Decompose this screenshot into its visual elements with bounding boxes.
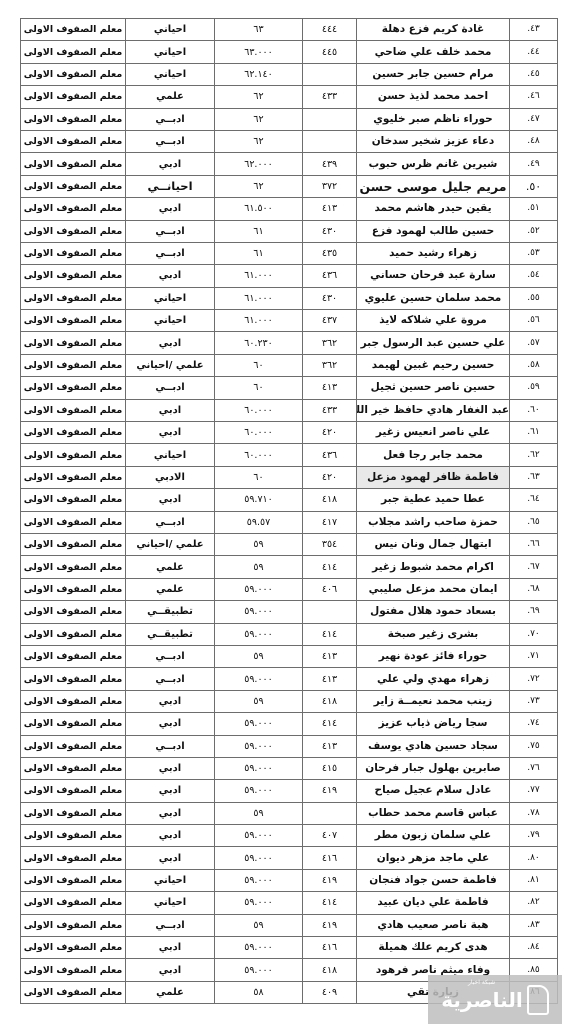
name-cell: حمزة صاحب راشد مجلاب bbox=[357, 511, 510, 533]
table-row: معلم الصفوف الاولىاحياني٦٣٤٤٤غادة كريم ف… bbox=[21, 19, 558, 41]
branch-cell: ادبي bbox=[126, 757, 215, 779]
name-cell: سجا رياض ذياب عزيز bbox=[357, 713, 510, 735]
branch-cell: ادبــي bbox=[126, 220, 215, 242]
name-cell: ابتهال جمال ونان نيس bbox=[357, 533, 510, 555]
table-row: معلم الصفوف الاولىادبي٥٩.٠٠٠٤١٩عادل سلام… bbox=[21, 780, 558, 802]
position-cell: معلم الصفوف الاولى bbox=[21, 959, 126, 981]
name-cell: هبة ناصر صعيب هادي bbox=[357, 914, 510, 936]
index-cell: .٨٤ bbox=[510, 937, 558, 959]
index-cell: .٦٤ bbox=[510, 489, 558, 511]
average-cell: ٥٩.٠٠٠ bbox=[215, 668, 303, 690]
exam-number-cell: ٤١٣ bbox=[303, 645, 357, 667]
table-row: معلم الصفوف الاولىاحياني٥٩.٠٠٠٤١٤فاطمة ع… bbox=[21, 892, 558, 914]
position-cell: معلم الصفوف الاولى bbox=[21, 556, 126, 578]
name-cell: علي حسين عبد الرسول جبر bbox=[357, 332, 510, 354]
position-cell: معلم الصفوف الاولى bbox=[21, 937, 126, 959]
name-cell: عباس قاسم محمد حطاب bbox=[357, 802, 510, 824]
average-cell: ٥٩ bbox=[215, 556, 303, 578]
branch-cell: احياني bbox=[126, 41, 215, 63]
position-cell: معلم الصفوف الاولى bbox=[21, 175, 126, 197]
exam-number-cell: ٤٤٥ bbox=[303, 41, 357, 63]
name-cell: بشرى زغير صبخة bbox=[357, 623, 510, 645]
average-cell: ٦١ bbox=[215, 220, 303, 242]
index-cell: .٦١ bbox=[510, 422, 558, 444]
index-cell: .٧٨ bbox=[510, 802, 558, 824]
position-cell: معلم الصفوف الاولى bbox=[21, 265, 126, 287]
exam-number-cell: ٤١٦ bbox=[303, 937, 357, 959]
watermark: شبكة اخبار الناصرية bbox=[428, 975, 562, 1024]
index-cell: .٧٣ bbox=[510, 690, 558, 712]
position-cell: معلم الصفوف الاولى bbox=[21, 198, 126, 220]
position-cell: معلم الصفوف الاولى bbox=[21, 220, 126, 242]
name-cell: عطا حميد عطية جبر bbox=[357, 489, 510, 511]
branch-cell: ادبــي bbox=[126, 108, 215, 130]
position-cell: معلم الصفوف الاولى bbox=[21, 86, 126, 108]
table-row: معلم الصفوف الاولىادبي٦٠.٢٣٠٣٦٢علي حسين … bbox=[21, 332, 558, 354]
average-cell: ٥٩.٠٠٠ bbox=[215, 892, 303, 914]
position-cell: معلم الصفوف الاولى bbox=[21, 444, 126, 466]
average-cell: ٥٩.٠٠٠ bbox=[215, 735, 303, 757]
index-cell: .٥٦ bbox=[510, 310, 558, 332]
watermark-title: الناصرية bbox=[441, 988, 522, 1012]
average-cell: ٦٢ bbox=[215, 108, 303, 130]
exam-number-cell: ٣٦٢ bbox=[303, 332, 357, 354]
table-row: معلم الصفوف الاولىادبــي٥٩.٠٠٠٤١٣سجاد حس… bbox=[21, 735, 558, 757]
branch-cell: علمي bbox=[126, 578, 215, 600]
name-cell: سجاد حسين هادي يوسف bbox=[357, 735, 510, 757]
index-cell: .٦٧ bbox=[510, 556, 558, 578]
branch-cell: علمي bbox=[126, 86, 215, 108]
table-row: معلم الصفوف الاولىاحياني٦٣.٠٠٠٤٤٥محمد خل… bbox=[21, 41, 558, 63]
table-row: معلم الصفوف الاولىعلمي /احياني٦٠٣٦٢حسين … bbox=[21, 354, 558, 376]
branch-cell: ادبي bbox=[126, 265, 215, 287]
average-cell: ٦١.٥٠٠ bbox=[215, 198, 303, 220]
exam-number-cell: ٤١٥ bbox=[303, 757, 357, 779]
exam-number-cell: ٤١٣ bbox=[303, 735, 357, 757]
exam-number-cell: ٤١٤ bbox=[303, 892, 357, 914]
branch-cell: احياني bbox=[126, 869, 215, 891]
average-cell: ٥٩ bbox=[215, 645, 303, 667]
branch-cell: ادبي bbox=[126, 153, 215, 175]
table-row: معلم الصفوف الاولىادبي٥٩.٠٠٠٤١٤سجا رياض … bbox=[21, 713, 558, 735]
name-cell: فاطمة ظافر لهمود مزعل bbox=[357, 466, 510, 488]
index-cell: .٦٩ bbox=[510, 601, 558, 623]
table-row: معلم الصفوف الاولىعلمي /احياني٥٩٣٥٤ابتها… bbox=[21, 533, 558, 555]
name-cell: علي ماجد مزهر ديوان bbox=[357, 847, 510, 869]
average-cell: ٥٩.٠٠٠ bbox=[215, 578, 303, 600]
exam-number-cell bbox=[303, 130, 357, 152]
average-cell: ٥٩.٠٠٠ bbox=[215, 780, 303, 802]
name-cell: بسعاد حمود هلال مفتول bbox=[357, 601, 510, 623]
name-cell: حسين ناصر حسين ثجيل bbox=[357, 377, 510, 399]
average-cell: ٥٩ bbox=[215, 690, 303, 712]
branch-cell: ادبــي bbox=[126, 914, 215, 936]
table-row: معلم الصفوف الاولىادبــي٦١٤٣٥زهراء رشيد … bbox=[21, 242, 558, 264]
exam-number-cell: ٣٦٢ bbox=[303, 354, 357, 376]
branch-cell: ادبي bbox=[126, 937, 215, 959]
name-cell: فاطمة علي ديان عبيد bbox=[357, 892, 510, 914]
position-cell: معلم الصفوف الاولى bbox=[21, 981, 126, 1003]
branch-cell: ادبــي bbox=[126, 645, 215, 667]
position-cell: معلم الصفوف الاولى bbox=[21, 466, 126, 488]
table-row: معلم الصفوف الاولىادبــي٥٩.٥٧٤١٧حمزة صاح… bbox=[21, 511, 558, 533]
table-row: معلم الصفوف الاولىاحياني٦٠.٠٠٠٤٣٦محمد جا… bbox=[21, 444, 558, 466]
index-cell: .٤٧ bbox=[510, 108, 558, 130]
name-cell: محمد جابر رجا فعل bbox=[357, 444, 510, 466]
position-cell: معلم الصفوف الاولى bbox=[21, 533, 126, 555]
index-cell: .٥٥ bbox=[510, 287, 558, 309]
branch-cell: ادبي bbox=[126, 399, 215, 421]
name-cell: ايمان محمد مزعل صليبي bbox=[357, 578, 510, 600]
table-row: معلم الصفوف الاولىتطبيقــي٥٩.٠٠٠٤١٤بشرى … bbox=[21, 623, 558, 645]
position-cell: معلم الصفوف الاولى bbox=[21, 892, 126, 914]
table-row: معلم الصفوف الاولىادبــي٥٩٤١٣حوراء فائز … bbox=[21, 645, 558, 667]
branch-cell: ادبي bbox=[126, 780, 215, 802]
index-cell: .٨١ bbox=[510, 869, 558, 891]
index-cell: .٤٩ bbox=[510, 153, 558, 175]
name-cell: يقين حيدر هاشم محمد bbox=[357, 198, 510, 220]
index-cell: .٦٦ bbox=[510, 533, 558, 555]
results-table-body: معلم الصفوف الاولىاحياني٦٣٤٤٤غادة كريم ف… bbox=[21, 19, 558, 1004]
average-cell: ٦٢.١٤٠ bbox=[215, 63, 303, 85]
branch-cell: ادبي bbox=[126, 198, 215, 220]
branch-cell: احياني bbox=[126, 287, 215, 309]
index-cell: .٧٤ bbox=[510, 713, 558, 735]
exam-number-cell: ٤٢٠ bbox=[303, 422, 357, 444]
exam-number-cell bbox=[303, 108, 357, 130]
branch-cell: احياني bbox=[126, 444, 215, 466]
table-row: معلم الصفوف الاولىعلمي٦٢٤٣٣احمد محمد لذي… bbox=[21, 86, 558, 108]
name-cell: حوراء فائز عودة نهير bbox=[357, 645, 510, 667]
position-cell: معلم الصفوف الاولى bbox=[21, 108, 126, 130]
name-cell: زينب محمد نعيمــة زاير bbox=[357, 690, 510, 712]
average-cell: ٦٠ bbox=[215, 466, 303, 488]
index-cell: .٦٨ bbox=[510, 578, 558, 600]
branch-cell: ادبي bbox=[126, 332, 215, 354]
average-cell: ٦٠.٢٣٠ bbox=[215, 332, 303, 354]
position-cell: معلم الصفوف الاولى bbox=[21, 780, 126, 802]
index-cell: .٥١ bbox=[510, 198, 558, 220]
average-cell: ٥٩.٠٠٠ bbox=[215, 959, 303, 981]
branch-cell: احياني bbox=[126, 19, 215, 41]
position-cell: معلم الصفوف الاولى bbox=[21, 153, 126, 175]
average-cell: ٦٢.٠٠٠ bbox=[215, 153, 303, 175]
position-cell: معلم الصفوف الاولى bbox=[21, 399, 126, 421]
table-row: معلم الصفوف الاولىادبــي٦٠٤١٣حسين ناصر ح… bbox=[21, 377, 558, 399]
index-cell: .٨٣ bbox=[510, 914, 558, 936]
average-cell: ٦٠ bbox=[215, 377, 303, 399]
table-row: معلم الصفوف الاولىاحيانــي٦٢٣٧٢مريم جليل… bbox=[21, 175, 558, 197]
table-row: معلم الصفوف الاولىادبي٦٠.٠٠٠٤٢٠علي ناصر … bbox=[21, 422, 558, 444]
table-row: معلم الصفوف الاولىتطبيقــي٥٩.٠٠٠بسعاد حم… bbox=[21, 601, 558, 623]
table-row: معلم الصفوف الاولىادبــي٦٢دعاء عزيز شخير… bbox=[21, 130, 558, 152]
branch-cell: ادبي bbox=[126, 489, 215, 511]
average-cell: ٦٢ bbox=[215, 86, 303, 108]
name-cell: شيرين غانم ظرس حبوب bbox=[357, 153, 510, 175]
index-cell: .٤٣ bbox=[510, 19, 558, 41]
table-row: معلم الصفوف الاولىادبي٥٩.٠٠٠٤١٥صابرين به… bbox=[21, 757, 558, 779]
position-cell: معلم الصفوف الاولى bbox=[21, 645, 126, 667]
index-cell: .٤٥ bbox=[510, 63, 558, 85]
exam-number-cell: ٤٣٦ bbox=[303, 265, 357, 287]
index-cell: .٧٢ bbox=[510, 668, 558, 690]
index-cell: .٥٣ bbox=[510, 242, 558, 264]
position-cell: معلم الصفوف الاولى bbox=[21, 242, 126, 264]
branch-cell: ادبي bbox=[126, 825, 215, 847]
branch-cell: احياني bbox=[126, 63, 215, 85]
index-cell: .٧٧ bbox=[510, 780, 558, 802]
exam-number-cell: ٤١٩ bbox=[303, 869, 357, 891]
table-row: معلم الصفوف الاولىاحياني٦١.٠٠٠٤٣٠محمد سل… bbox=[21, 287, 558, 309]
average-cell: ٦٠ bbox=[215, 354, 303, 376]
branch-cell: ادبي bbox=[126, 713, 215, 735]
index-cell: .٥٩ bbox=[510, 377, 558, 399]
average-cell: ٥٩.٠٠٠ bbox=[215, 825, 303, 847]
exam-number-cell: ٤٠٦ bbox=[303, 578, 357, 600]
position-cell: معلم الصفوف الاولى bbox=[21, 802, 126, 824]
index-cell: .٥٤ bbox=[510, 265, 558, 287]
position-cell: معلم الصفوف الاولى bbox=[21, 41, 126, 63]
exam-number-cell: ٤٣٣ bbox=[303, 86, 357, 108]
branch-cell: ادبــي bbox=[126, 242, 215, 264]
branch-cell: ادبي bbox=[126, 847, 215, 869]
exam-number-cell: ٤١٣ bbox=[303, 198, 357, 220]
exam-number-cell: ٤٠٩ bbox=[303, 981, 357, 1003]
table-row: معلم الصفوف الاولىادبــي٦١٤٣٠حسين طالب ل… bbox=[21, 220, 558, 242]
position-cell: معلم الصفوف الاولى bbox=[21, 869, 126, 891]
average-cell: ٦١.٠٠٠ bbox=[215, 265, 303, 287]
branch-cell: علمي bbox=[126, 981, 215, 1003]
name-cell: سارة عبد فرحان حساني bbox=[357, 265, 510, 287]
branch-cell: تطبيقــي bbox=[126, 623, 215, 645]
position-cell: معلم الصفوف الاولى bbox=[21, 668, 126, 690]
position-cell: معلم الصفوف الاولى bbox=[21, 757, 126, 779]
branch-cell: ادبي bbox=[126, 802, 215, 824]
name-cell: زهراء رشيد حميد bbox=[357, 242, 510, 264]
results-table: معلم الصفوف الاولىاحياني٦٣٤٤٤غادة كريم ف… bbox=[20, 18, 558, 1004]
branch-cell: ادبــي bbox=[126, 735, 215, 757]
exam-number-cell: ٤٣٠ bbox=[303, 220, 357, 242]
average-cell: ٥٩.٠٠٠ bbox=[215, 847, 303, 869]
logo-icon bbox=[527, 985, 549, 1015]
table-row: معلم الصفوف الاولىادبي٥٩.٠٠٠٤١٦علي ماجد … bbox=[21, 847, 558, 869]
index-cell: .٧٥ bbox=[510, 735, 558, 757]
exam-number-cell: ٤١٤ bbox=[303, 556, 357, 578]
average-cell: ٦١.٠٠٠ bbox=[215, 310, 303, 332]
index-cell: .٤٤ bbox=[510, 41, 558, 63]
name-cell: مرام حسين جابر حسين bbox=[357, 63, 510, 85]
average-cell: ٦٢ bbox=[215, 130, 303, 152]
exam-number-cell: ٤١٩ bbox=[303, 780, 357, 802]
exam-number-cell: ٤١٨ bbox=[303, 489, 357, 511]
average-cell: ٦١ bbox=[215, 242, 303, 264]
position-cell: معلم الصفوف الاولى bbox=[21, 601, 126, 623]
index-cell: .٧٠ bbox=[510, 623, 558, 645]
position-cell: معلم الصفوف الاولى bbox=[21, 422, 126, 444]
exam-number-cell: ٤١٨ bbox=[303, 690, 357, 712]
name-cell: مريم جليل موسى حسن bbox=[357, 175, 510, 197]
table-row: معلم الصفوف الاولىادبــي٥٩٤١٩هبة ناصر صع… bbox=[21, 914, 558, 936]
exam-number-cell: ٤١٩ bbox=[303, 914, 357, 936]
branch-cell: تطبيقــي bbox=[126, 601, 215, 623]
exam-number-cell: ٤٠٧ bbox=[303, 825, 357, 847]
average-cell: ٥٩.٠٠٠ bbox=[215, 937, 303, 959]
branch-cell: علمي bbox=[126, 556, 215, 578]
average-cell: ٥٩ bbox=[215, 802, 303, 824]
average-cell: ٥٩.٠٠٠ bbox=[215, 623, 303, 645]
name-cell: دعاء عزيز شخير سدخان bbox=[357, 130, 510, 152]
index-cell: .٨٠ bbox=[510, 847, 558, 869]
position-cell: معلم الصفوف الاولى bbox=[21, 130, 126, 152]
average-cell: ٦٣.٠٠٠ bbox=[215, 41, 303, 63]
average-cell: ٥٩.٥٧ bbox=[215, 511, 303, 533]
exam-number-cell: ٤٢٠ bbox=[303, 466, 357, 488]
index-cell: .٥٧ bbox=[510, 332, 558, 354]
table-row: معلم الصفوف الاولىادبي٥٩٤١٨زينب محمد نعي… bbox=[21, 690, 558, 712]
results-sheet: معلم الصفوف الاولىاحياني٦٣٤٤٤غادة كريم ف… bbox=[20, 18, 552, 1004]
position-cell: معلم الصفوف الاولى bbox=[21, 713, 126, 735]
average-cell: ٦١.٠٠٠ bbox=[215, 287, 303, 309]
name-cell: زهراء مهدي ولي علي bbox=[357, 668, 510, 690]
position-cell: معلم الصفوف الاولى bbox=[21, 310, 126, 332]
position-cell: معلم الصفوف الاولى bbox=[21, 332, 126, 354]
branch-cell: ادبــي bbox=[126, 130, 215, 152]
branch-cell: احيانــي bbox=[126, 175, 215, 197]
branch-cell: ادبي bbox=[126, 422, 215, 444]
name-cell: اكرام محمد شبوط زغير bbox=[357, 556, 510, 578]
average-cell: ٥٨ bbox=[215, 981, 303, 1003]
index-cell: .٤٦ bbox=[510, 86, 558, 108]
index-cell: .٥٠ bbox=[510, 175, 558, 197]
table-row: معلم الصفوف الاولىادبي٥٩.٠٠٠٤٠٧علي سلمان… bbox=[21, 825, 558, 847]
name-cell: فاطمة حسن جواد فنجان bbox=[357, 869, 510, 891]
average-cell: ٥٩.٠٠٠ bbox=[215, 601, 303, 623]
exam-number-cell: ٤٣٩ bbox=[303, 153, 357, 175]
average-cell: ٦٠.٠٠٠ bbox=[215, 422, 303, 444]
average-cell: ٦٠.٠٠٠ bbox=[215, 444, 303, 466]
exam-number-cell: ٤١٣ bbox=[303, 668, 357, 690]
position-cell: معلم الصفوف الاولى bbox=[21, 19, 126, 41]
name-cell: عبد الغفار هادي حافظ خير الله bbox=[357, 399, 510, 421]
table-row: معلم الصفوف الاولىادبي٦٢.٠٠٠٤٣٩شيرين غان… bbox=[21, 153, 558, 175]
index-cell: .٧٩ bbox=[510, 825, 558, 847]
index-cell: .٤٨ bbox=[510, 130, 558, 152]
table-row: معلم الصفوف الاولىادبي٥٩.٧١٠٤١٨عطا حميد … bbox=[21, 489, 558, 511]
branch-cell: احياني bbox=[126, 310, 215, 332]
exam-number-cell: ٤١٣ bbox=[303, 377, 357, 399]
name-cell: مروة علي شلاكه لايذ bbox=[357, 310, 510, 332]
name-cell: عادل سلام عجيل صياح bbox=[357, 780, 510, 802]
average-cell: ٦٢ bbox=[215, 175, 303, 197]
branch-cell: علمي /احياني bbox=[126, 533, 215, 555]
position-cell: معلم الصفوف الاولى bbox=[21, 63, 126, 85]
average-cell: ٥٩.٠٠٠ bbox=[215, 869, 303, 891]
index-cell: .٥٨ bbox=[510, 354, 558, 376]
watermark-subtitle: شبكة اخبار bbox=[468, 979, 495, 986]
exam-number-cell: ٤١٤ bbox=[303, 713, 357, 735]
index-cell: .٧١ bbox=[510, 645, 558, 667]
exam-number-cell: ٤٣٥ bbox=[303, 242, 357, 264]
index-cell: .٧٦ bbox=[510, 757, 558, 779]
table-row: معلم الصفوف الاولىالادبي٦٠٤٢٠فاطمة ظافر … bbox=[21, 466, 558, 488]
position-cell: معلم الصفوف الاولى bbox=[21, 377, 126, 399]
position-cell: معلم الصفوف الاولى bbox=[21, 578, 126, 600]
name-cell: حوراء ناظم صبر خليوي bbox=[357, 108, 510, 130]
table-row: معلم الصفوف الاولىادبي٦١.٥٠٠٤١٣يقين حيدر… bbox=[21, 198, 558, 220]
exam-number-cell bbox=[303, 63, 357, 85]
average-cell: ٦٣ bbox=[215, 19, 303, 41]
exam-number-cell: ٤٣٧ bbox=[303, 310, 357, 332]
average-cell: ٥٩ bbox=[215, 914, 303, 936]
name-cell: محمد سلمان حسين عليوي bbox=[357, 287, 510, 309]
exam-number-cell: ٤٤٤ bbox=[303, 19, 357, 41]
exam-number-cell: ٤١٨ bbox=[303, 959, 357, 981]
branch-cell: ادبي bbox=[126, 690, 215, 712]
name-cell: هدى كريم علك هميلة bbox=[357, 937, 510, 959]
table-row: معلم الصفوف الاولىعلمي٥٩٤١٤اكرام محمد شب… bbox=[21, 556, 558, 578]
table-row: معلم الصفوف الاولىاحياني٦١.٠٠٠٤٣٧مروة عل… bbox=[21, 310, 558, 332]
name-cell: حسين طالب لهمود فزع bbox=[357, 220, 510, 242]
position-cell: معلم الصفوف الاولى bbox=[21, 825, 126, 847]
average-cell: ٦٠.٠٠٠ bbox=[215, 399, 303, 421]
name-cell: صابرين بهلول جبار فرحان bbox=[357, 757, 510, 779]
table-row: معلم الصفوف الاولىادبــي٦٢حوراء ناظم صبر… bbox=[21, 108, 558, 130]
name-cell: علي سلمان زبون مطر bbox=[357, 825, 510, 847]
exam-number-cell: ٤٣٠ bbox=[303, 287, 357, 309]
exam-number-cell: ٤١٧ bbox=[303, 511, 357, 533]
exam-number-cell: ٤١٤ bbox=[303, 623, 357, 645]
index-cell: .٥٢ bbox=[510, 220, 558, 242]
position-cell: معلم الصفوف الاولى bbox=[21, 354, 126, 376]
table-row: معلم الصفوف الاولىادبي٥٩عباس قاسم محمد ح… bbox=[21, 802, 558, 824]
branch-cell: ادبي bbox=[126, 959, 215, 981]
table-row: معلم الصفوف الاولىادبي٦٠.٠٠٠٤٣٣عبد الغفا… bbox=[21, 399, 558, 421]
position-cell: معلم الصفوف الاولى bbox=[21, 489, 126, 511]
exam-number-cell: ٤٣٦ bbox=[303, 444, 357, 466]
table-row: معلم الصفوف الاولىادبــي٥٩.٠٠٠٤١٣زهراء م… bbox=[21, 668, 558, 690]
branch-cell: علمي /احياني bbox=[126, 354, 215, 376]
position-cell: معلم الصفوف الاولى bbox=[21, 623, 126, 645]
position-cell: معلم الصفوف الاولى bbox=[21, 511, 126, 533]
exam-number-cell bbox=[303, 802, 357, 824]
exam-number-cell: ٣٧٢ bbox=[303, 175, 357, 197]
name-cell: علي ناصر انعيس زغير bbox=[357, 422, 510, 444]
position-cell: معلم الصفوف الاولى bbox=[21, 735, 126, 757]
average-cell: ٥٩.٠٠٠ bbox=[215, 713, 303, 735]
table-row: معلم الصفوف الاولىعلمي٥٩.٠٠٠٤٠٦ايمان محم… bbox=[21, 578, 558, 600]
table-row: معلم الصفوف الاولىاحياني٦٢.١٤٠مرام حسين … bbox=[21, 63, 558, 85]
index-cell: .٦٠ bbox=[510, 399, 558, 421]
table-row: معلم الصفوف الاولىاحياني٥٩.٠٠٠٤١٩فاطمة ح… bbox=[21, 869, 558, 891]
exam-number-cell: ٤٣٣ bbox=[303, 399, 357, 421]
name-cell: حسين رحيم غبين لهيمد bbox=[357, 354, 510, 376]
name-cell: احمد محمد لذيذ حسن bbox=[357, 86, 510, 108]
exam-number-cell: ٤١٦ bbox=[303, 847, 357, 869]
name-cell: محمد خلف علي ضاحي bbox=[357, 41, 510, 63]
index-cell: .٦٢ bbox=[510, 444, 558, 466]
table-row: معلم الصفوف الاولىادبي٥٩.٠٠٠٤١٦هدى كريم … bbox=[21, 937, 558, 959]
branch-cell: ادبــي bbox=[126, 377, 215, 399]
average-cell: ٥٩.٧١٠ bbox=[215, 489, 303, 511]
position-cell: معلم الصفوف الاولى bbox=[21, 690, 126, 712]
exam-number-cell bbox=[303, 601, 357, 623]
branch-cell: ادبــي bbox=[126, 668, 215, 690]
position-cell: معلم الصفوف الاولى bbox=[21, 847, 126, 869]
position-cell: معلم الصفوف الاولى bbox=[21, 914, 126, 936]
table-row: معلم الصفوف الاولىادبي٦١.٠٠٠٤٣٦سارة عبد … bbox=[21, 265, 558, 287]
average-cell: ٥٩ bbox=[215, 533, 303, 555]
position-cell: معلم الصفوف الاولى bbox=[21, 287, 126, 309]
